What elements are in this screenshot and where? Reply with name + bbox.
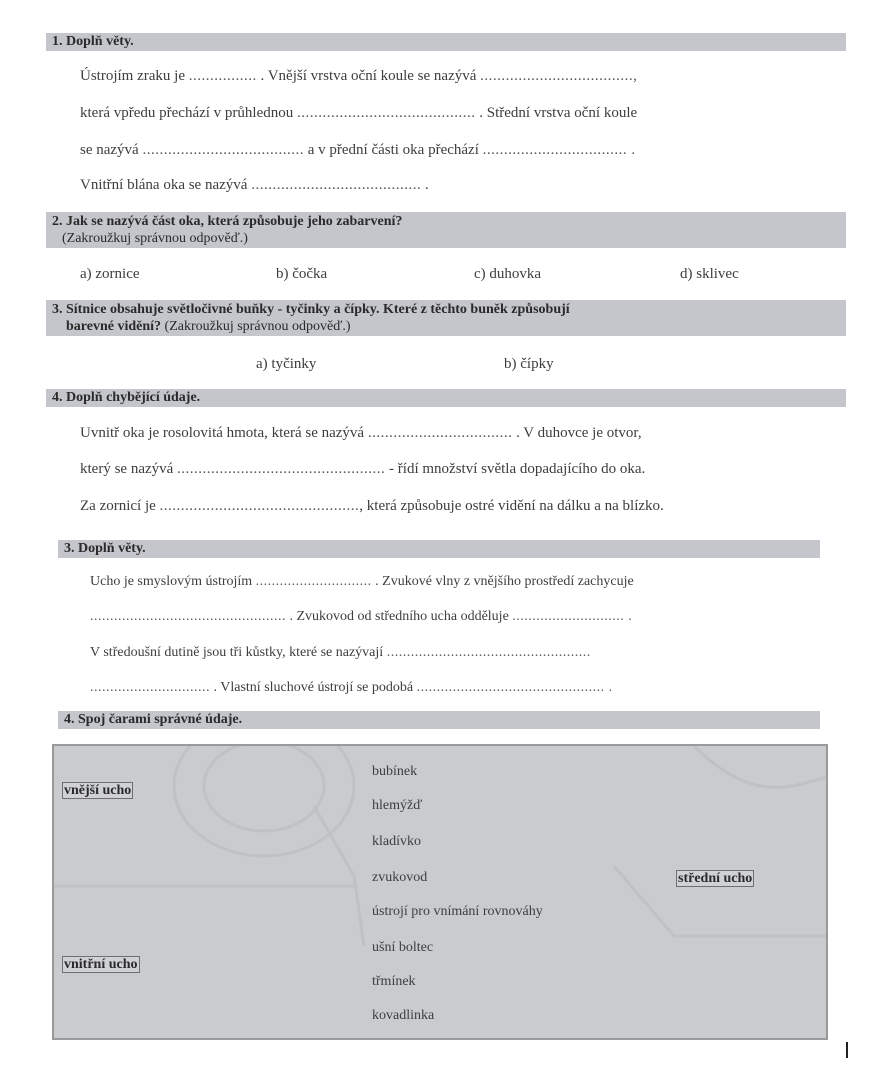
- answer-blank[interactable]: ........................................…: [387, 645, 591, 660]
- answer-blank[interactable]: ..............................: [90, 680, 210, 695]
- section-5-line-3: V středoušní dutině jsou tři kůstky, kte…: [90, 644, 591, 662]
- term-usni-boltec[interactable]: ušní boltec: [372, 940, 433, 956]
- option-a[interactable]: a) zornice: [80, 265, 140, 283]
- answer-blank[interactable]: ........................................…: [90, 609, 286, 624]
- term-bubinek[interactable]: bubínek: [372, 764, 417, 780]
- section-1-line-2: která vpředu přechází v průhlednou .....…: [80, 104, 637, 122]
- term-trminek[interactable]: třmínek: [372, 974, 416, 990]
- answer-blank[interactable]: ........................................…: [417, 680, 613, 695]
- answer-blank[interactable]: ................: [189, 68, 257, 84]
- ear-diagram-background: [54, 746, 828, 1040]
- section-2-instruction: (Zakroužkuj správnou odpověď.): [52, 230, 846, 247]
- term-kovadlinka[interactable]: kovadlinka: [372, 1008, 434, 1024]
- section-3-header: 3. Sítnice obsahuje světločivné buňky - …: [46, 300, 846, 336]
- answer-blank[interactable]: ..................................: [368, 425, 513, 441]
- section-2-header: 2. Jak se nazývá část oka, která způsobu…: [46, 212, 846, 248]
- answer-blank[interactable]: .............................: [256, 574, 372, 589]
- section-4-line-1: Uvnitř oka je rosolovitá hmota, která se…: [80, 424, 642, 442]
- section-4-title: 4. Doplň chybějící údaje.: [52, 390, 200, 405]
- term-hlemyzd[interactable]: hlemýžď: [372, 798, 422, 814]
- section-3-title: 3. Sítnice obsahuje světločivné buňky - …: [52, 301, 846, 318]
- section-5-header: 3. Doplň věty.: [58, 540, 820, 558]
- section-5-line-4: .............................. . Vlastní…: [90, 679, 613, 697]
- section-1-line-4: Vnitřní blána oka se nazývá ............…: [80, 176, 429, 194]
- option-c[interactable]: c) duhovka: [474, 265, 541, 283]
- section-2-title: 2. Jak se nazývá část oka, která způsobu…: [52, 213, 846, 230]
- section-4-header: 4. Doplň chybějící údaje.: [46, 389, 846, 407]
- section-1-header: 1. Doplň věty.: [46, 33, 846, 51]
- text-cursor: [846, 1042, 848, 1058]
- matching-exercise-box: vnější ucho vnitřní ucho střední ucho bu…: [52, 744, 828, 1040]
- option-a[interactable]: a) tyčinky: [256, 355, 316, 373]
- label-inner-ear[interactable]: vnitřní ucho: [62, 956, 140, 973]
- section-6-header: 4. Spoj čarami správné údaje.: [58, 711, 820, 729]
- section-1-line-1: Ústrojím zraku je ................ . Vně…: [80, 67, 637, 85]
- section-4-line-3: Za zornicí je ..........................…: [80, 497, 664, 515]
- section-5-line-2: ........................................…: [90, 608, 632, 626]
- section-5-line-1: Ucho je smyslovým ústrojím .............…: [90, 573, 634, 591]
- section-4-line-2: který se nazývá ........................…: [80, 460, 645, 478]
- section-5-title: 3. Doplň věty.: [64, 541, 146, 556]
- label-middle-ear[interactable]: střední ucho: [676, 870, 754, 887]
- term-ustroji-rovnovahy[interactable]: ústrojí pro vnímání rovnováhy: [372, 904, 543, 920]
- section-1-line-3: se nazývá ..............................…: [80, 141, 636, 159]
- option-b[interactable]: b) čočka: [276, 265, 327, 283]
- section-1-title: 1. Doplň věty.: [52, 34, 134, 49]
- option-b[interactable]: b) čípky: [504, 355, 554, 373]
- answer-blank[interactable]: ........................................: [251, 177, 421, 193]
- answer-blank[interactable]: ....................................,: [480, 68, 637, 84]
- option-d[interactable]: d) sklivec: [680, 265, 739, 283]
- section-6-title: 4. Spoj čarami správné údaje.: [64, 712, 242, 727]
- answer-blank[interactable]: ........................................…: [177, 461, 385, 477]
- answer-blank[interactable]: ......................................: [142, 142, 304, 158]
- term-kladivko[interactable]: kladívko: [372, 834, 421, 850]
- answer-blank[interactable]: .................................. .: [483, 142, 636, 158]
- answer-blank[interactable]: ........................................…: [297, 105, 476, 121]
- term-zvukovod[interactable]: zvukovod: [372, 870, 427, 886]
- label-outer-ear[interactable]: vnější ucho: [62, 782, 133, 799]
- section-3-title-line-2: barevné vidění? (Zakroužkuj správnou odp…: [52, 318, 846, 335]
- answer-blank[interactable]: ........................................…: [160, 498, 360, 514]
- answer-blank[interactable]: ............................ .: [512, 609, 632, 624]
- section-3-instruction: (Zakroužkuj správnou odpověď.): [161, 319, 350, 334]
